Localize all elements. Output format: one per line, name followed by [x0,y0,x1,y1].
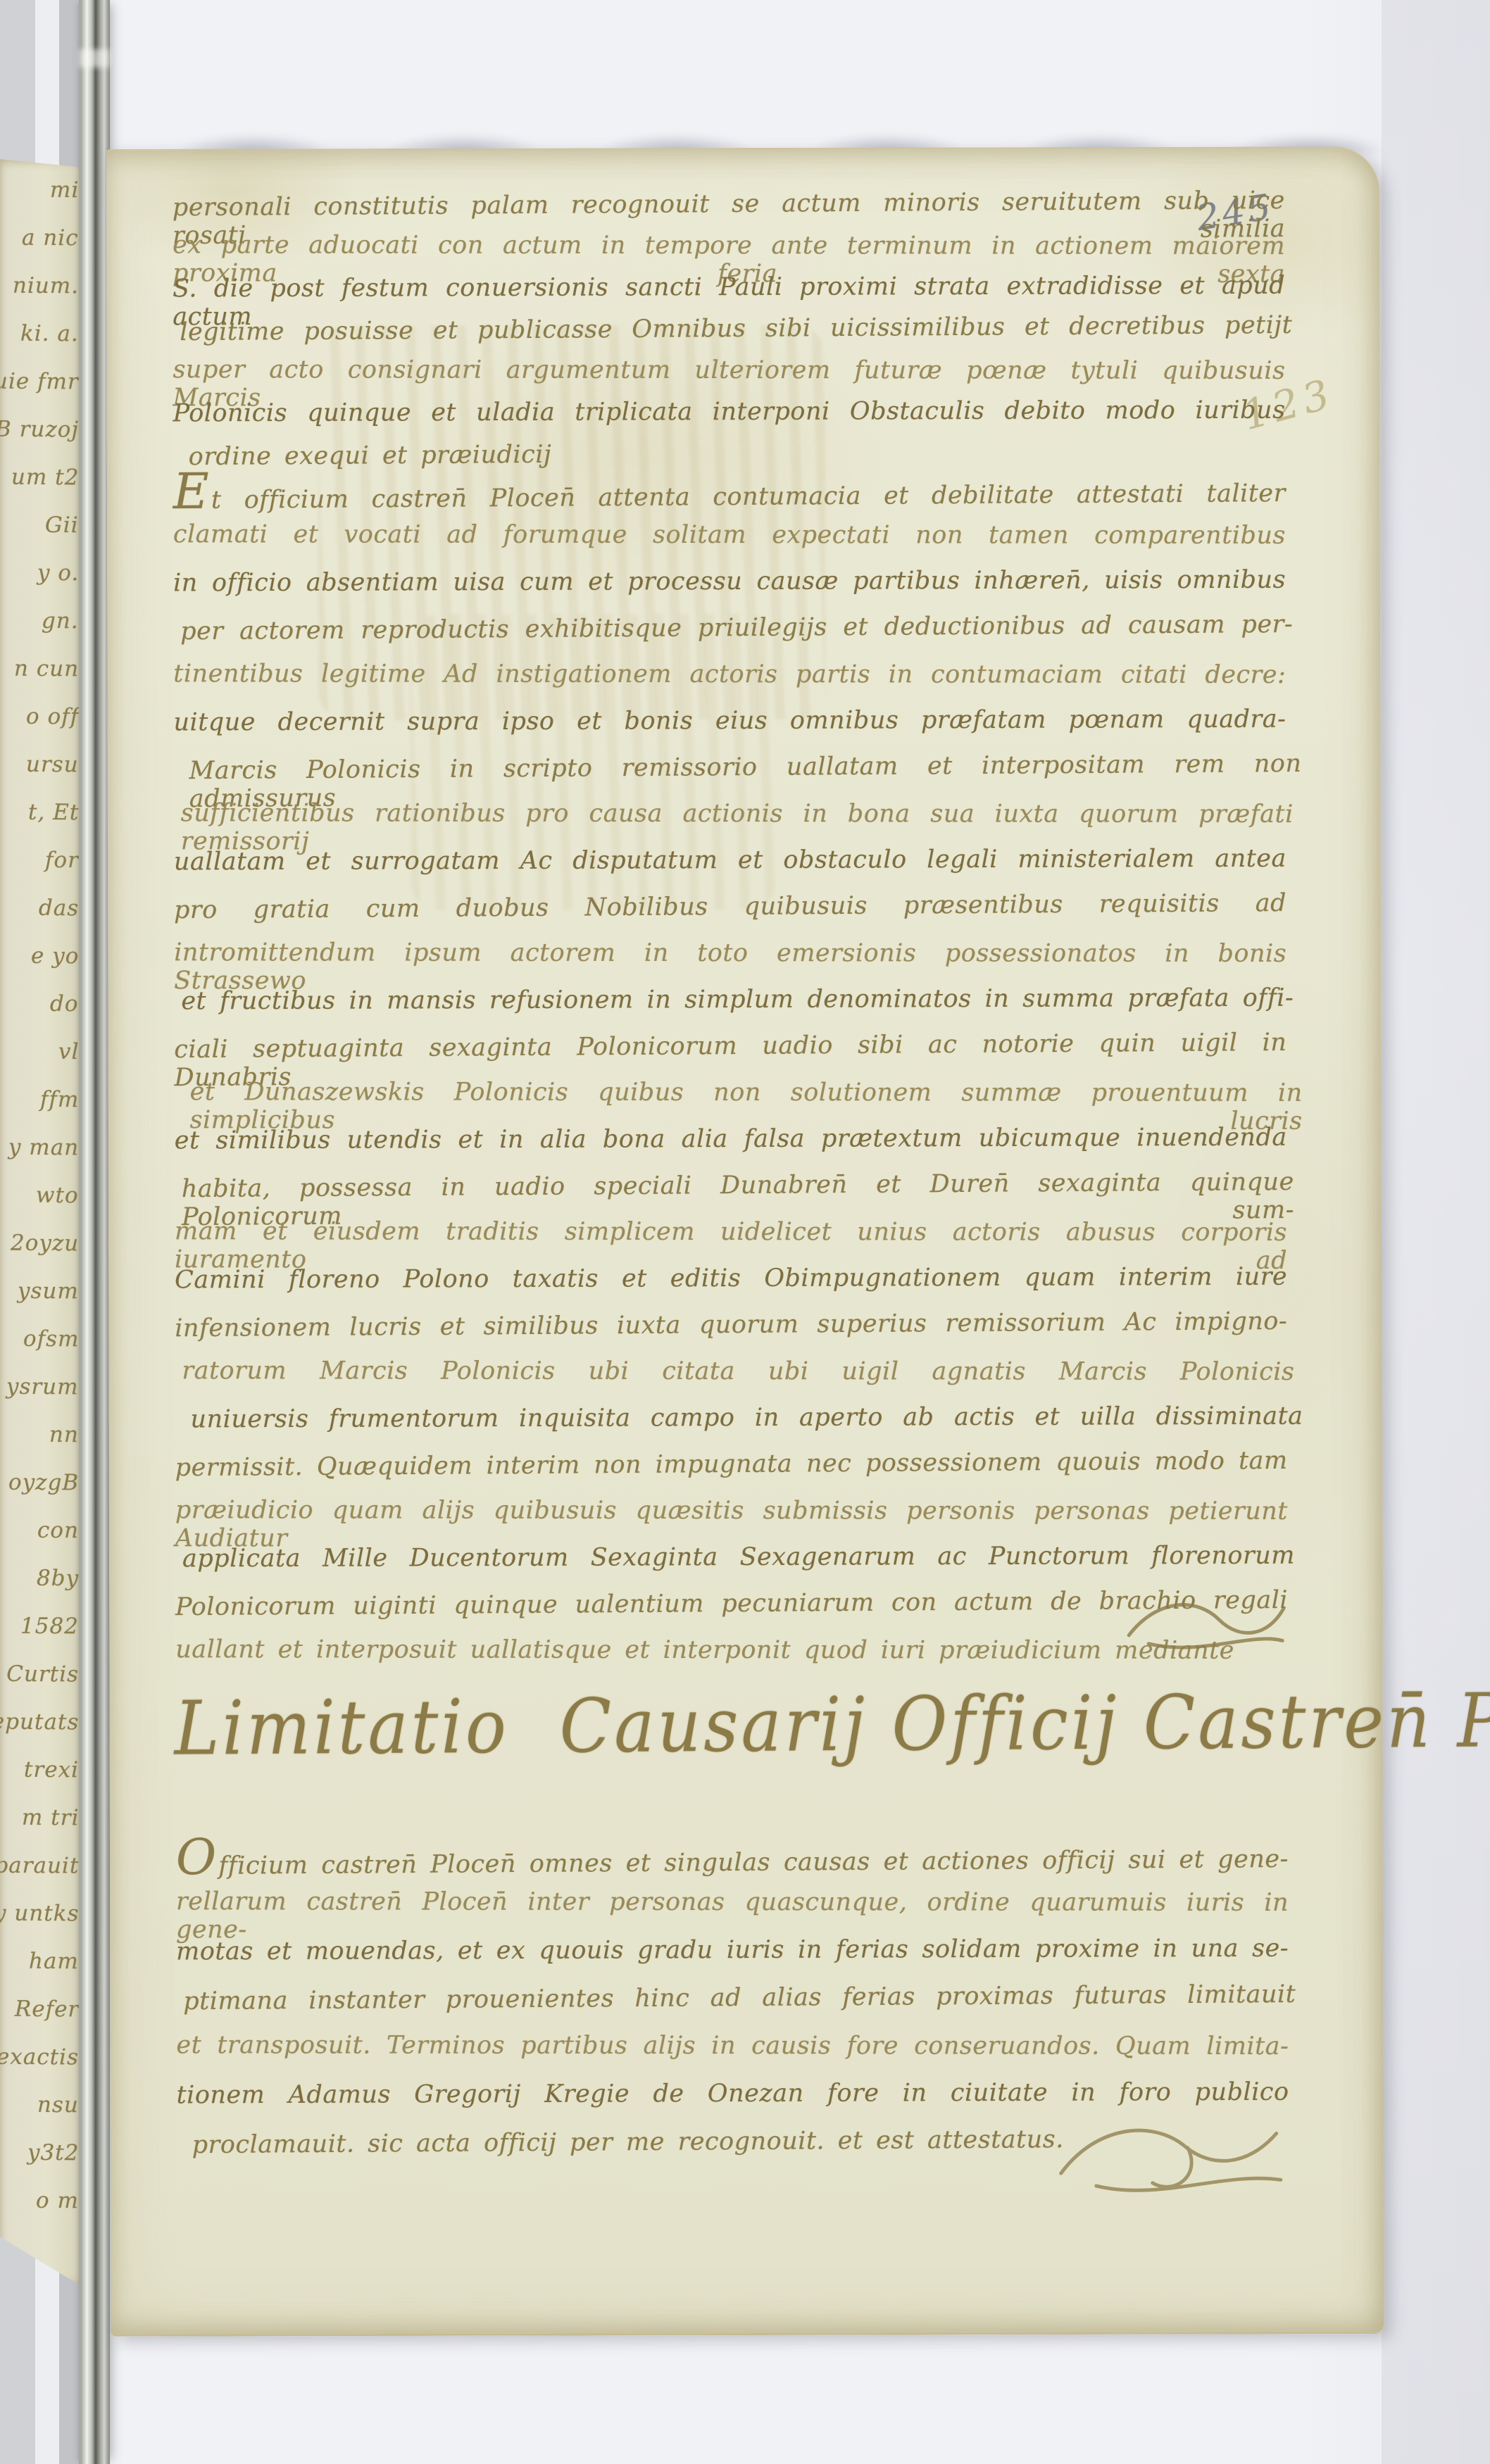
clipped-line-fragment: y man [8,1135,79,1161]
manuscript-photo: mia nicnium.ki. a.uie fmrB ruzojum t2Gii… [0,0,1490,2464]
clipped-line-fragment: nium. [13,273,79,299]
manuscript-page: 245 123 personali constitutis palam reco… [106,146,1384,2337]
clipped-line-fragment: ysrum [6,1374,79,1400]
clipped-line-fragment: mparauit [0,1852,79,1878]
clipped-line-fragment: o off [26,704,79,730]
clipped-line-fragment: ffm [40,1087,80,1112]
backing-sheet-shade [1382,0,1490,2464]
clipped-line-fragment: uie fmr [0,369,79,395]
clipped-line-fragment: ki. a. [20,321,79,347]
clipped-line-fragment: Gii [45,513,79,538]
clipped-line-fragment: mi [50,177,80,203]
clipped-line-fragment: ursu [26,752,79,778]
clipped-line-fragment: o m [36,2188,79,2213]
text-line: tionem Adamus Gregorij Kregie de Onezan … [176,2078,1289,2110]
clipped-line-fragment: gn. [42,608,79,634]
clipped-line-fragment: trexi [24,1757,79,1783]
clipped-line-fragment: t, Et [28,800,80,826]
clipped-line-fragment: exactis [0,2044,79,2070]
clipped-line-fragment: n cun [14,656,79,682]
clipped-line-fragment: do [50,991,79,1017]
text-line: Officium castren̄ Plocen̄ omnes et singu… [176,1837,1289,1880]
clipped-line-fragment: 2oyzu [11,1231,79,1257]
clipped-line-fragment: m Curtis [0,1661,79,1687]
clipped-line-fragment: y3t2 [27,2140,79,2166]
clipped-line-fragment: das [39,895,79,921]
text-line: et transposuit. Terminos partibus alijs … [176,2031,1289,2061]
clipped-line-fragment: Refer [15,1997,80,2023]
ink-flourish [1123,1591,1292,1655]
clipped-line-fragment: B ruzoj [0,417,79,443]
clipped-line-fragment: ofsm [23,1326,79,1352]
clipped-line-fragment: vl [58,1039,79,1064]
clipped-line-fragment: m tri [21,1805,79,1831]
clipped-line-fragment: 8by [37,1566,79,1591]
clipped-line-fragment: con [37,1518,79,1543]
clipped-line-fragment: ham [29,1949,79,1974]
previous-page-sliver: mia nicnium.ki. a.uie fmrB ruzojum t2Gii… [0,159,84,2288]
clipped-line-fragment: a nic [22,225,79,251]
clipped-line-fragment: y o. [37,560,80,586]
glass-weight-rod [79,0,110,2464]
clipped-line-fragment: e yo [30,943,79,969]
clipped-line-fragment: for [45,848,79,873]
clipped-line-fragment: deputats [0,1709,79,1735]
text-line: ptimana instanter prouenientes hinc ad a… [183,1980,1296,2016]
clipped-line-fragment: ysum [18,1278,79,1305]
clipped-line-fragment: oyzgB [8,1470,79,1496]
ink-flourish [1054,2112,1286,2204]
paragraph-3: Officium castren̄ Plocen̄ omnes et singu… [106,148,1384,2334]
text-line: motas et mouendas, et ex quouis gradu iu… [176,1935,1289,1966]
clipped-line-fragment: nsu [37,2092,79,2118]
clipped-line-fragment: wto [36,1183,79,1208]
clipped-line-fragment: y untks [0,1901,79,1927]
clipped-line-fragment: um t2 [11,465,79,491]
clipped-line-fragment: 1582 [20,1614,79,1640]
clipped-line-fragment: nn [49,1422,79,1447]
